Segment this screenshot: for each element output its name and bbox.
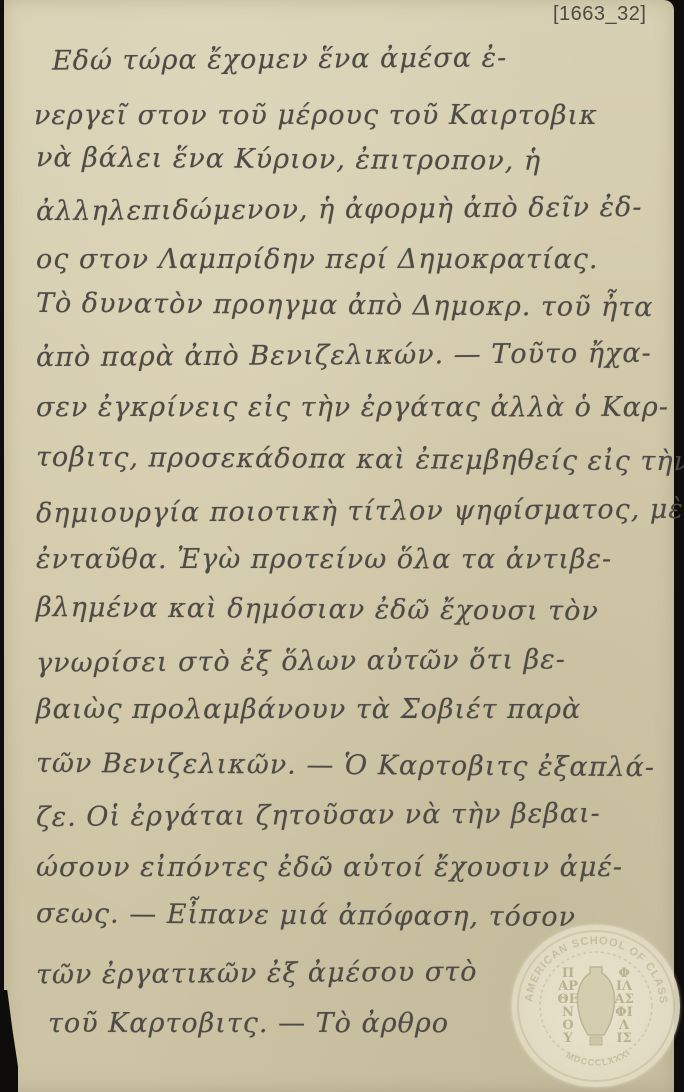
handwritten-line: ζε. Οἱ ἐργάται ζητοῦσαν νὰ τὴν βεβαι- <box>36 798 601 833</box>
handwritten-line: σεν ἐγκρίνεις εἰς τὴν ἐργάτας ἀλλὰ ὁ Καρ… <box>36 392 669 423</box>
handwritten-line: τῶν ἐργατικῶν ἐξ ἀμέσου στὸ <box>36 956 478 990</box>
handwritten-line: ἀπὸ παρὰ ἀπὸ Βενιζελικών. — Τοῦτο ἤχα- <box>36 338 652 373</box>
handwritten-line: βλημένα καὶ δημόσιαν ἐδῶ ἔχουσι τὸν <box>36 592 599 627</box>
handwritten-line: ἀλληλεπιδώμενον, ἡ ἀφορμὴ ἀπὸ δεῖν ἐδ- <box>36 192 643 227</box>
handwritten-line: ος στον Λαμπρίδην περί Δημοκρατίας. <box>36 244 599 275</box>
institution-seal-stamp: AMERICAN SCHOOL OF CLASSICAL STUDIES AT … <box>512 925 680 1087</box>
svg-text:ΙΣ: ΙΣ <box>616 1031 631 1046</box>
handwritten-line: σεως. — Εἶπανε μιά ἀπόφαση, τόσον <box>36 898 576 933</box>
handwritten-line: τοβιτς, προσεκάδοπα καὶ ἐπεμβηθείς εἰς τ… <box>36 442 684 478</box>
handwritten-line: γνωρίσει στὸ ἐξ ὅλων αὐτῶν ὅτι βε- <box>36 644 566 679</box>
handwritten-line: τοῦ Καρτοβιτς. — Τὸ ἀρθρο <box>48 1008 449 1039</box>
handwritten-line: βαιὼς προλαμβάνουν τὰ Σοβιέτ παρὰ <box>36 694 581 725</box>
handwritten-line: νὰ βάλει ἕνα Κύριον, ἐπιτροπον, ἡ <box>36 142 541 177</box>
svg-text:Υ: Υ <box>562 1031 573 1046</box>
document-scan: [1663_32] Εδώ τώρα ἔχομεν ἕνα ἀμέσα ἐ-νε… <box>0 0 684 1092</box>
handwritten-line: δημιουργία ποιοτικὴ τίτλον ψηφίσματος, μ… <box>36 494 684 530</box>
handwritten-line: νεργεῖ στον τοῦ μέρους τοῦ Καιρτοβικ <box>34 100 598 131</box>
handwritten-line: ἐνταῦθα. Ἐγὼ προτείνω ὅλα τα ἀντιβε- <box>36 544 612 575</box>
handwritten-line: Τὸ δυνατὸν προηγμα ἀπὸ Δημοκρ. τοῦ ἦτα <box>36 288 654 323</box>
handwritten-line: Εδώ τώρα ἔχομεν ἕνα ἀμέσα ἐ- <box>52 42 507 76</box>
handwritten-line: ώσουν εἰπόντες ἐδῶ αὐτοί ἔχουσιν ἀμέ- <box>36 852 623 883</box>
seal-emblem-icon: AMERICAN SCHOOL OF CLASSICAL STUDIES AT … <box>512 925 680 1087</box>
handwritten-line: τῶν Βενιζελικῶν. — Ὁ Καρτοβιτς ἐξαπλά- <box>36 748 655 783</box>
svg-text:MDCCCLXXXI: MDCCCLXXXI <box>564 1047 632 1067</box>
